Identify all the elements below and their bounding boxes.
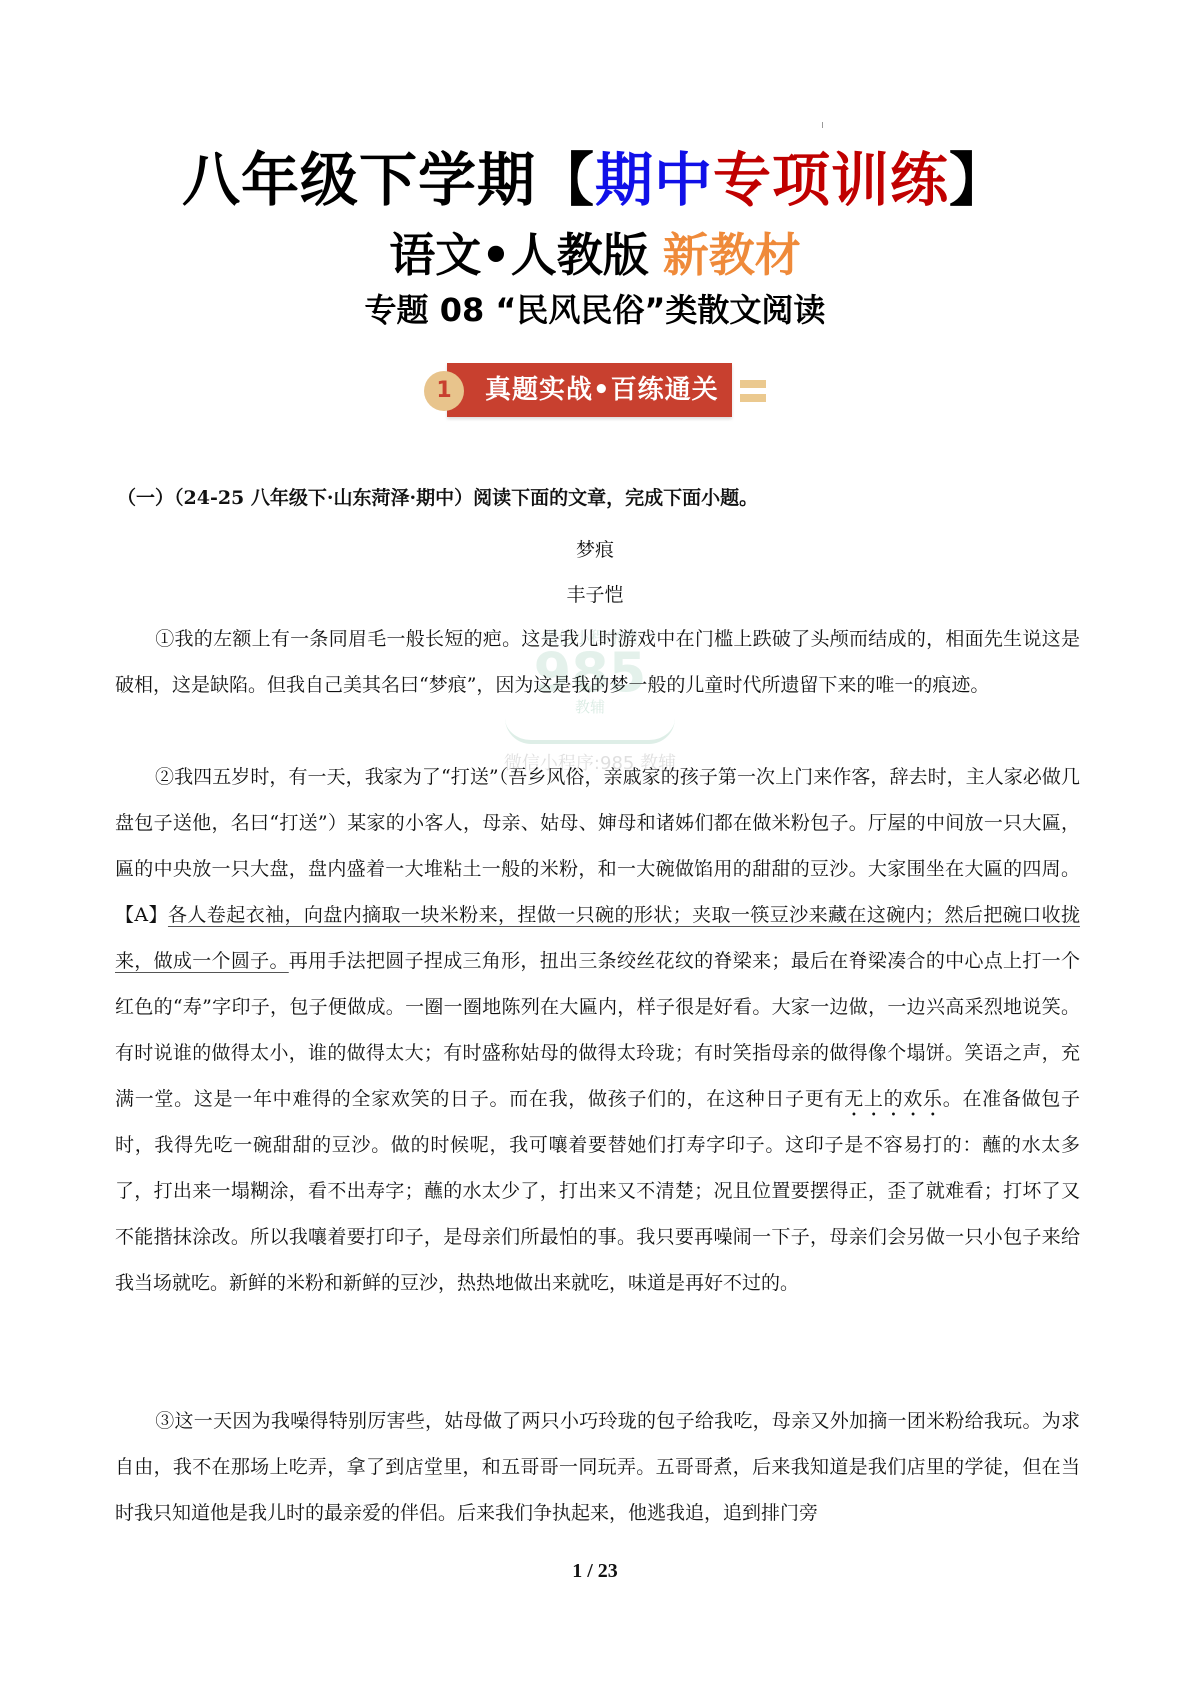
topic-title: 专题 08 “民风民俗”类散文阅读 <box>0 288 1190 332</box>
banner-label: 真题实战•百练通关 <box>485 371 719 409</box>
essay-title: 梦痕 <box>0 535 1190 565</box>
paragraph-3: ③这一天因为我噪得特别厉害些，姑母做了两只小巧玲珑的包子给我吃，母亲又外加摘一团… <box>115 1398 1080 1536</box>
paragraph-2-text-c: 。在准备做包子时，我得先吃一碗甜甜的豆沙。做的时候呢，我可嚷着要替她们打寿字印子… <box>115 1088 1080 1294</box>
banner-stripe-icon <box>740 380 766 388</box>
main-title-blue: 期中 <box>595 146 713 214</box>
tick-mark <box>822 122 823 128</box>
paragraph-2: ②我四五岁时，有一天，我家为了“打送”（吾乡风俗，亲戚家的孩子第一次上门来作客，… <box>115 754 1080 1306</box>
question-heading: （一）（24-25 八年级下·山东菏泽·期中）阅读下面的文章，完成下面小题。 <box>117 483 758 513</box>
main-title-prefix: 八年级下学期【 <box>182 146 595 214</box>
subtitle-highlight: 新教材 <box>663 228 801 282</box>
paragraph-2-text-a: ②我四五岁时，有一天，我家为了“打送”（吾乡风俗，亲戚家的孩子第一次上门来作客，… <box>115 766 1080 926</box>
paragraph-3-text: ③这一天因为我噪得特别厉害些，姑母做了两只小巧玲珑的包子给我吃，母亲又外加摘一团… <box>115 1410 1080 1524</box>
subtitle-main: 语文•人教版 <box>389 228 648 282</box>
document-page: 八年级下学期【期中专项训练】 语文•人教版新教材 专题 08 “民风民俗”类散文… <box>0 0 1190 1683</box>
book-icon <box>505 718 675 744</box>
page-number: 1 / 23 <box>0 1560 1190 1583</box>
main-title-suffix: 】 <box>949 146 1008 214</box>
section-banner: 1 真题实战•百练通关 <box>420 360 780 420</box>
essay-author: 丰子恺 <box>0 580 1190 610</box>
paragraph-1: ①我的左额上有一条同眉毛一般长短的疤。这是我儿时游戏中在门槛上跌破了头颅而结成的… <box>115 616 1080 708</box>
banner-stripe-icon <box>740 394 766 402</box>
paragraph-2-text-b: 再用手法把圆子捏成三角形，扭出三条绞丝花纹的脊梁来；最后在脊梁凑合的中心点上打一… <box>115 950 1080 1110</box>
main-title-red: 专项训练 <box>713 146 949 214</box>
banner-number-badge: 1 <box>424 371 464 411</box>
main-title: 八年级下学期【期中专项训练】 <box>0 145 1190 215</box>
subtitle: 语文•人教版新教材 <box>0 225 1190 285</box>
paragraph-1-text: ①我的左额上有一条同眉毛一般长短的疤。这是我儿时游戏中在门槛上跌破了头颅而结成的… <box>115 628 1080 696</box>
emphasized-phrase: 无上的欢乐 <box>844 1088 943 1110</box>
